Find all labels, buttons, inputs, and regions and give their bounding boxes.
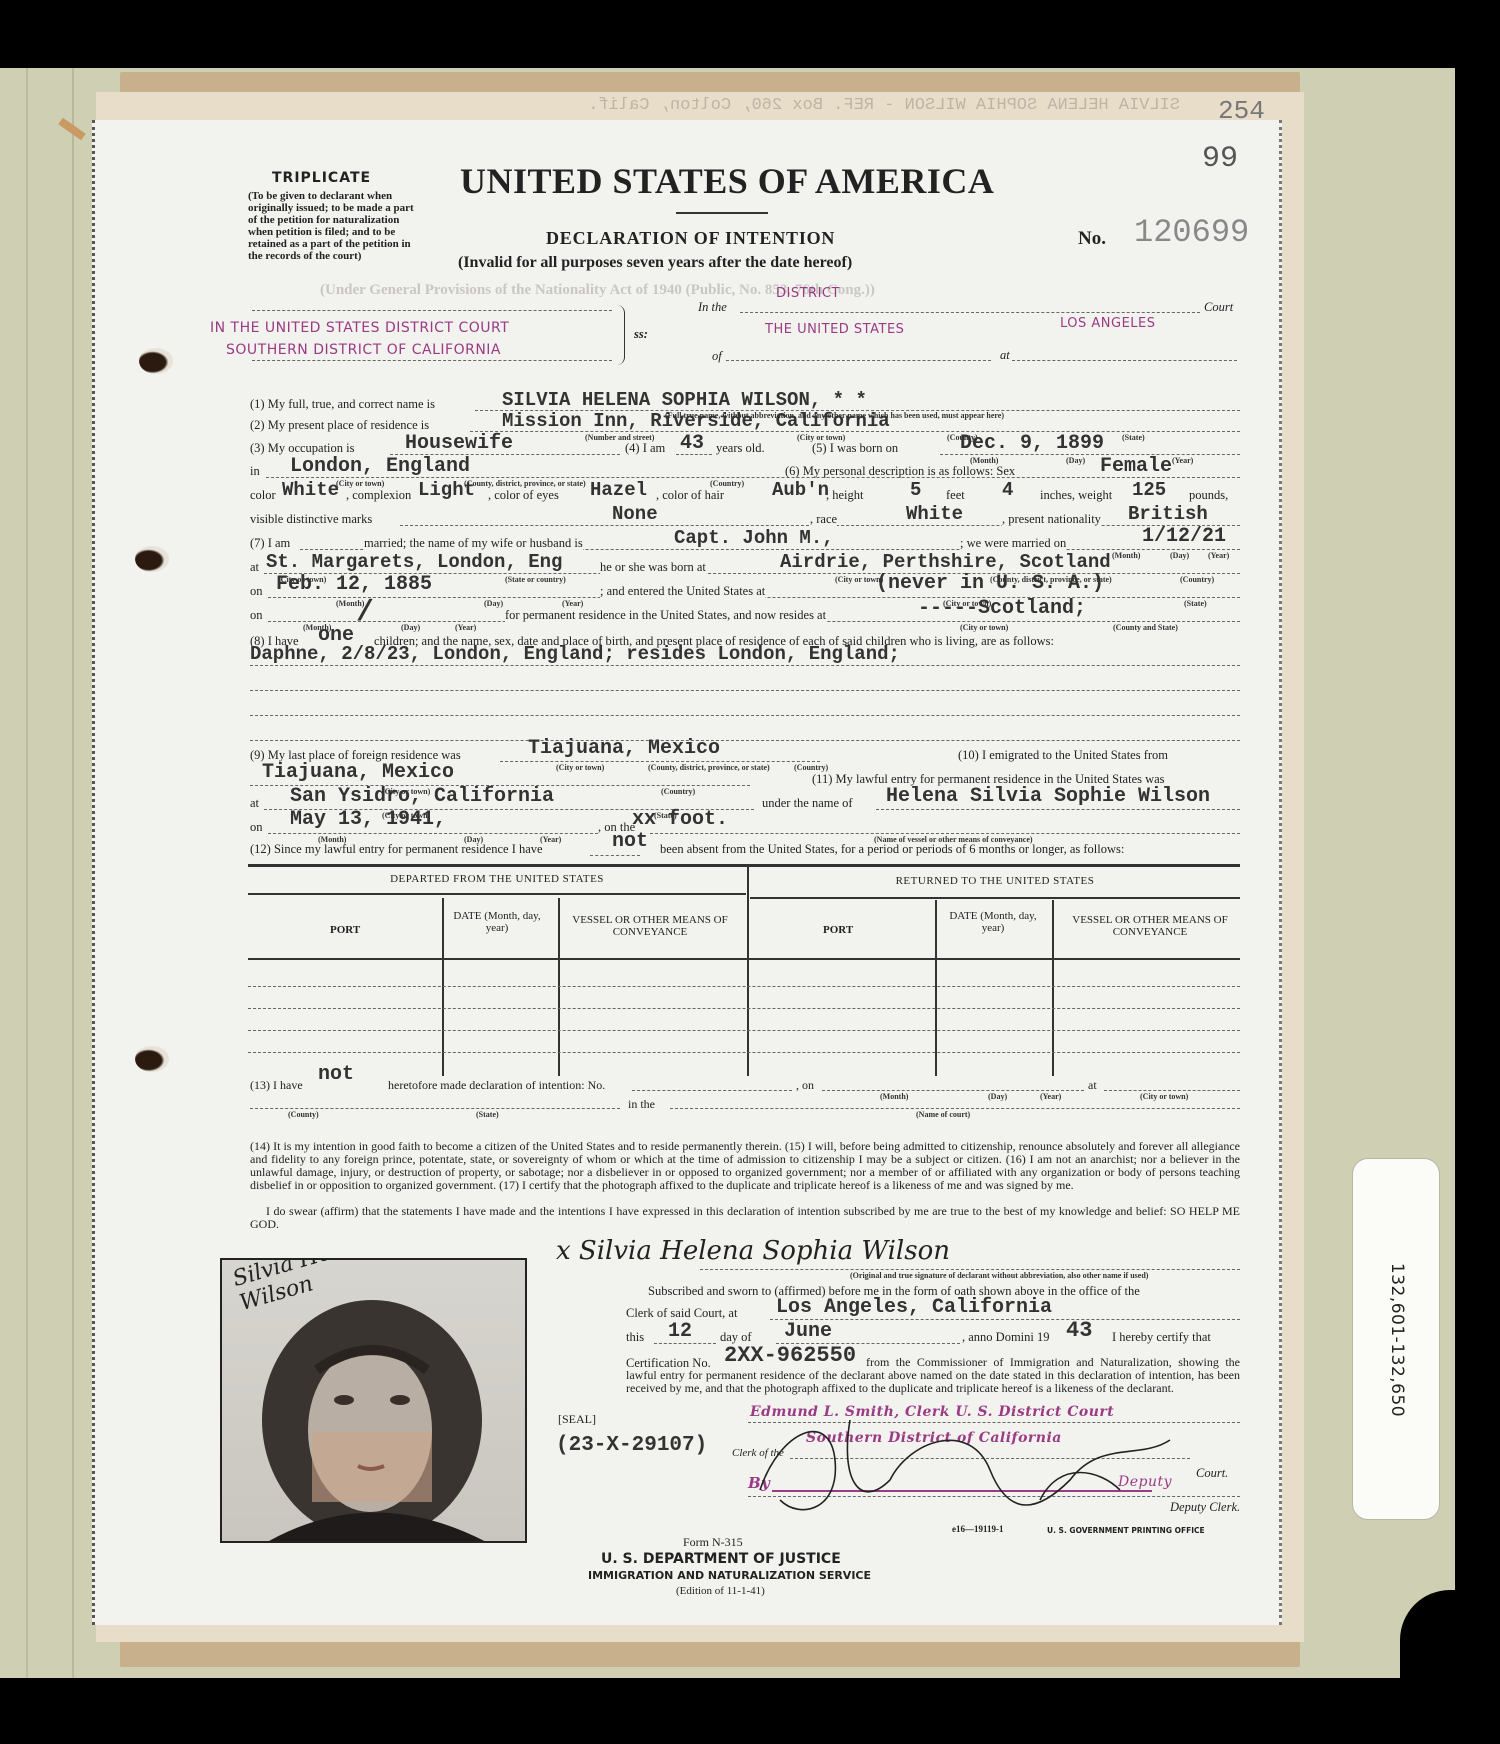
court-line [740, 312, 1200, 313]
q3-label: (3) My occupation is [250, 441, 355, 456]
table-rule [248, 893, 746, 895]
caption: (City or town) [336, 479, 384, 488]
caption: (State) [476, 1110, 499, 1119]
q13-text: heretofore made declaration of intention… [388, 1078, 605, 1093]
birth-in-label: in [250, 464, 260, 479]
q13-date-line [822, 1090, 1084, 1091]
children-field[interactable]: Daphne, 2/8/23, London, England; resides… [250, 643, 900, 665]
clerk-at-field[interactable]: Los Angeles, California [776, 1296, 1052, 1319]
entry-date-line [268, 833, 598, 834]
caption: (Country) [661, 787, 695, 796]
q7-married-label: married; the name of my wife or husband … [364, 536, 583, 551]
folder-crease [72, 68, 74, 1678]
table-row [248, 986, 1240, 987]
q13-at-label: at [1088, 1078, 1097, 1093]
race-field[interactable]: White [906, 503, 963, 525]
departed-heading: DEPARTED FROM THE UNITED STATES [248, 873, 746, 885]
inches-label: inches, weight [1040, 488, 1112, 503]
caption: (Country) [794, 763, 828, 772]
oath-swear: I do swear (affirm) that the statements … [250, 1205, 1240, 1231]
emigrated-from-field[interactable]: Tiajuana, Mexico [262, 761, 454, 784]
age-field[interactable]: 43 [680, 432, 704, 455]
clerk-at-line [770, 1319, 1240, 1320]
at-label: at [1000, 348, 1010, 363]
nationality-field[interactable]: British [1128, 503, 1208, 525]
table-rule [750, 897, 1240, 899]
children-line [250, 665, 1240, 666]
absent-field[interactable]: not [612, 830, 648, 853]
col-port-departed: PORT [330, 920, 360, 938]
color-field[interactable]: White [282, 479, 339, 501]
entry-at-field[interactable]: San Ysidro, California [290, 785, 554, 808]
entry-date-field[interactable]: May 13, 1941, [290, 808, 446, 831]
resides-at-field[interactable]: -----Scotland; [918, 597, 1086, 620]
folder-range-label: 132,601-132,650 [1387, 1263, 1407, 1417]
hair-label: , color of hair [656, 488, 724, 503]
height-label: , height [826, 488, 864, 503]
anno-label: , anno Domini 19 [962, 1330, 1050, 1345]
married-at-label: at [250, 560, 259, 575]
entry-on-field[interactable]: / [356, 596, 374, 630]
clerk-at-label: Clerk of said Court, at [626, 1306, 737, 1321]
height-inches-field[interactable]: 4 [1002, 479, 1013, 501]
print-code: e16—19119-1 [952, 1524, 1004, 1534]
sex-field[interactable]: Female [1100, 455, 1172, 478]
day-line [654, 1343, 716, 1344]
caption: (Day) [484, 599, 503, 608]
form-number: Form N-315 [683, 1535, 743, 1550]
venue-stamp-line2: SOUTHERN DISTRICT OF CALIFORNIA [226, 342, 501, 358]
entry-at-label: at [250, 796, 259, 811]
table-header-rule [248, 958, 1240, 960]
q12-text: been absent from the United States, for … [660, 842, 1124, 857]
under-name-label: under the name of [762, 796, 853, 811]
residence-field[interactable]: Mission Inn, Riverside, California [502, 410, 890, 432]
court-label: Court [1204, 300, 1233, 315]
declarant-photo: Silvia Helena Sophia Wilson [220, 1258, 527, 1543]
month-field[interactable]: June [784, 1320, 832, 1343]
eyes-field[interactable]: Hazel [590, 479, 647, 501]
entered-label: ; and entered the United States at [600, 584, 765, 599]
entry-name-field[interactable]: Helena Silvia Sophie Wilson [886, 785, 1210, 808]
vessel-line [650, 833, 1240, 834]
oath-paragraph: (14) It is my intention in good faith to… [250, 1140, 1240, 1192]
caption: (Country) [1180, 575, 1214, 584]
this-label: this [626, 1330, 644, 1345]
col-vessel-departed: VESSEL OR OTHER MEANS OF CONVEYANCE [566, 914, 734, 938]
hair-field[interactable]: Aub'n [772, 479, 829, 501]
married-at-field[interactable]: St. Margarets, London, Eng [266, 551, 562, 573]
cert-text: from the Commissioner of Immigration and… [626, 1356, 1240, 1395]
caption: (City or town) [1140, 1092, 1188, 1101]
caption: (City or town) [556, 763, 604, 772]
spouse-born-field[interactable]: Airdrie, Perthshire, Scotland [780, 551, 1111, 573]
caption: (Month) [880, 1092, 908, 1101]
table-divider [747, 866, 749, 1076]
number-label: No. [1078, 228, 1106, 250]
q9-line [500, 761, 820, 762]
printer-name: U. S. GOVERNMENT PRINTING OFFICE [1047, 1526, 1205, 1535]
caption: (Year) [540, 835, 561, 844]
caption: (Year) [455, 623, 476, 632]
vessel-field[interactable]: xx foot. [632, 808, 728, 831]
service-name: IMMIGRATION AND NATURALIZATION SERVICE [588, 1569, 871, 1582]
declaration-number: 120699 [1134, 214, 1249, 251]
in-the-label: In the [698, 300, 727, 315]
col-date-departed: DATE (Month, day, year) [442, 910, 552, 934]
q13-label: (13) I have [250, 1078, 303, 1093]
caption: (State) [1184, 599, 1207, 608]
q13-in-the-label: in the [628, 1097, 655, 1112]
year-field[interactable]: 43 [1066, 1318, 1092, 1343]
venue-stamp-line1: IN THE UNITED STATES DISTRICT COURT [210, 320, 509, 336]
q13-court-line [670, 1108, 1240, 1109]
venue-line [252, 310, 612, 311]
signature-caption: (Original and true signature of declaran… [850, 1271, 1148, 1280]
triplicate-note: (To be given to declarant when originall… [248, 190, 416, 262]
q10-label: (10) I emigrated to the United States fr… [958, 748, 1168, 763]
caption: (Name of court) [916, 1110, 970, 1119]
department-name: U. S. DEPARTMENT OF JUSTICE [601, 1551, 841, 1567]
deputy-signature-scrawl [740, 1400, 1240, 1540]
caption: (Day) [1066, 456, 1085, 465]
edition: (Edition of 11-1-41) [676, 1585, 765, 1597]
q1-label: (1) My full, true, and correct name is [250, 397, 435, 412]
caption: (County) [288, 1110, 319, 1119]
q13-number-line [632, 1090, 792, 1091]
page-subtitle: DECLARATION OF INTENTION [546, 228, 835, 249]
entry-name-line [876, 809, 1240, 810]
q12-label: (12) Since my lawful entry for permanent… [250, 842, 543, 857]
venue-line [252, 360, 612, 361]
married-on-field[interactable]: 1/12/21 [1142, 525, 1226, 548]
caption: (County, district, province, or state) [648, 763, 770, 772]
q5-label: (5) I was born on [812, 441, 898, 456]
spouse-field[interactable]: Capt. John M., [674, 527, 834, 549]
children-line [250, 690, 1240, 691]
punch-hole [139, 348, 173, 374]
at-line [1012, 360, 1237, 361]
certify-label: I hereby certify that [1112, 1330, 1211, 1345]
q4-label: (4) I am [625, 441, 665, 456]
race-label: , race [810, 512, 837, 527]
table-col-rule [1052, 900, 1054, 1076]
file-number: (23-X-29107) [556, 1434, 707, 1457]
caption: (Country) [710, 479, 744, 488]
caption: (City or town) [960, 623, 1008, 632]
marks-label: visible distinctive marks [250, 512, 372, 527]
table-top-rule [248, 864, 1240, 867]
col-date-returned: DATE (Month, day, year) [938, 910, 1048, 934]
title-rule [676, 212, 768, 214]
caption: (Year) [1172, 456, 1193, 465]
venue-brace [617, 305, 625, 365]
table-row [248, 1008, 1240, 1009]
caption: (State) [1122, 433, 1145, 442]
q6-label: (6) My personal description is as follow… [785, 464, 1015, 479]
returned-heading: RETURNED TO THE UNITED STATES [750, 875, 1240, 887]
caption: (Day) [1170, 551, 1189, 560]
triplicate-title: TRIPLICATE [272, 170, 371, 186]
folder-tab-label: 132,601-132,650 [1352, 1158, 1440, 1520]
table-row [248, 1052, 1240, 1053]
q13-field[interactable]: not [318, 1063, 354, 1086]
weight-field[interactable]: 125 [1132, 479, 1166, 501]
entry-date-label: on [250, 820, 263, 835]
occupation-field[interactable]: Housewife [405, 432, 513, 455]
birth-date-field[interactable]: Dec. 9, 1899 [960, 432, 1104, 455]
entered-at-field[interactable]: (never in U. S. A.) [876, 572, 1104, 595]
q7-label: (7) I am [250, 536, 290, 551]
marks-field[interactable]: None [612, 503, 658, 525]
q13-city-line [1104, 1090, 1240, 1091]
color-label: color [250, 488, 276, 503]
table-col-rule [558, 898, 560, 1076]
back-sheet-title: SILVIA HELENA SOPHIA WILSON - REF. Box 2… [420, 96, 1180, 115]
married-on-label: ; we were married on [960, 536, 1066, 551]
table-row [248, 1030, 1240, 1031]
ss-label: ss: [634, 327, 648, 342]
q13-county-line [250, 1108, 620, 1109]
caption: (State or country) [505, 575, 566, 584]
eyes-label: , color of eyes [488, 488, 559, 503]
caption: (Day) [401, 623, 420, 632]
children-line [250, 715, 1240, 716]
caption: (County, district, province, or state) [464, 479, 586, 488]
declarant-signature: x Silvia Helena Sophia Wilson [556, 1236, 950, 1266]
of-stamp: THE UNITED STATES [765, 322, 904, 337]
table-col-rule [935, 900, 937, 1076]
at-stamp: LOS ANGELES [1060, 316, 1156, 331]
table-col-rule [442, 898, 444, 1076]
court-stamp: DISTRICT [776, 286, 840, 301]
page-title: UNITED STATES OF AMERICA [460, 160, 994, 202]
birth-place-field[interactable]: London, England [290, 455, 470, 478]
caption: (Month) [1112, 551, 1140, 560]
seal-label: [SEAL] [558, 1412, 596, 1427]
caption: (County and State) [1113, 623, 1178, 632]
folder-crease [26, 68, 28, 1678]
punch-hole [135, 1046, 169, 1072]
col-vessel-returned: VESSEL OR OTHER MEANS OF CONVEYANCE [1062, 914, 1238, 938]
complexion-field[interactable]: Light [418, 479, 475, 501]
height-feet-field[interactable]: 5 [910, 479, 921, 501]
nationality-label: , present nationality [1002, 512, 1101, 527]
of-line [726, 360, 991, 361]
last-residence-field[interactable]: Tiajuana, Mexico [528, 737, 720, 760]
folder-corner-notch [1400, 1590, 1500, 1690]
caption: (Year) [562, 599, 583, 608]
complexion-label: , complexion [346, 488, 411, 503]
signature-line [700, 1269, 1240, 1270]
spouse-born-on-label: on [250, 584, 263, 599]
spouse-born-on-field[interactable]: Feb. 12, 1885 [276, 573, 432, 596]
q2-label: (2) My present place of residence is [250, 418, 429, 433]
full-name-field[interactable]: SILVIA HELENA SOPHIA WILSON, * * [502, 389, 867, 411]
pounds-label: pounds, [1189, 488, 1228, 503]
permanent-label: for permanent residence in the United St… [505, 608, 826, 623]
q4-suffix: years old. [716, 441, 765, 456]
children-line [250, 740, 1240, 741]
q12-line [590, 855, 640, 856]
caption: (Year) [1040, 1092, 1061, 1101]
spouse-born-label: he or she was born at [600, 560, 706, 575]
of-label: of [712, 349, 722, 364]
punch-hole [135, 546, 169, 572]
caption: (Year) [1208, 551, 1229, 560]
validity-note: (Invalid for all purposes seven years af… [458, 254, 852, 272]
feet-label: feet [946, 488, 965, 503]
caption: (Day) [988, 1092, 1007, 1101]
day-field[interactable]: 12 [668, 1320, 692, 1343]
entry-on-label: on [250, 608, 263, 623]
col-port-returned: PORT [823, 920, 853, 938]
page-stamp: 99 [1202, 142, 1238, 176]
q13-on-label: , on [796, 1078, 814, 1093]
